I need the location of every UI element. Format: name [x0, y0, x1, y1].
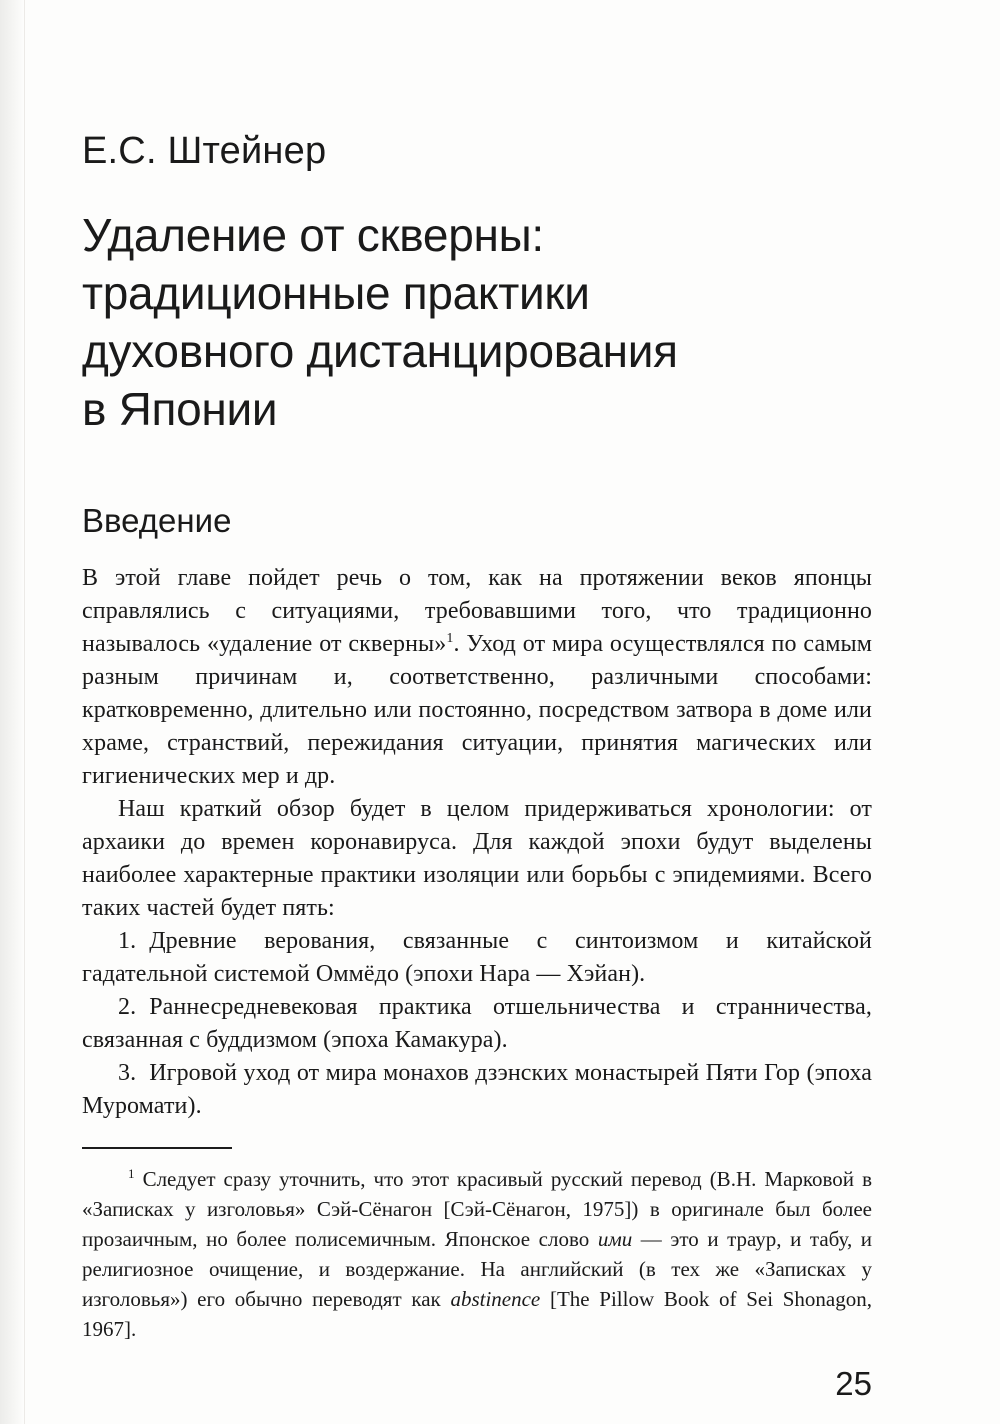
list-text: Игровой уход от мира монахов дзэнских мо… [82, 1060, 872, 1119]
title-line-3: духовного дистанцирования [82, 322, 872, 380]
footnote: 1 Следует сразу уточнить, что этот краси… [82, 1164, 872, 1344]
body-text: В этой главе пойдет речь о том, как на п… [82, 562, 872, 1123]
author-line: Е.С. Штейнер [82, 130, 872, 174]
chapter-list-item-1: 1.Древние верования, связанные с синтоиз… [82, 925, 872, 991]
scanned-book-page: { "document": { "author": "Е.С. Штейнер"… [0, 0, 1000, 1424]
list-number: 1. [118, 928, 136, 954]
page-number: 25 [82, 1365, 872, 1403]
intro-paragraph-1: В этой главе пойдет речь о том, как на п… [82, 562, 872, 793]
footnote-marker: 1 [128, 1166, 135, 1181]
section-heading: Введение [82, 502, 872, 540]
list-text: Древние верования, связанные с синтоизмо… [82, 928, 872, 987]
chapter-list-item-2: 2.Раннесредневековая практика отшельниче… [82, 991, 872, 1057]
footnote-text-italic: ими [598, 1227, 632, 1251]
title-line-1: Удаление от скверны: [82, 206, 872, 264]
title-line-4: в Японии [82, 380, 872, 438]
title-line-2: традиционные практики [82, 264, 872, 322]
list-number: 2. [118, 994, 136, 1020]
chapter-list-item-3: 3.Игровой уход от мира монахов дзэнских … [82, 1057, 872, 1123]
footnote-text-italic: abstinence [450, 1287, 540, 1311]
page-content: Е.С. Штейнер Удаление от скверны: традиц… [0, 0, 1000, 1424]
list-number: 3. [118, 1060, 136, 1086]
list-text: Раннесредневековая практика отшельничест… [82, 994, 872, 1053]
intro-paragraph-2: Наш краткий обзор будет в целом придержи… [82, 793, 872, 925]
chapter-title: Удаление от скверны: традиционные практи… [82, 206, 872, 438]
footnote-divider [82, 1147, 232, 1149]
